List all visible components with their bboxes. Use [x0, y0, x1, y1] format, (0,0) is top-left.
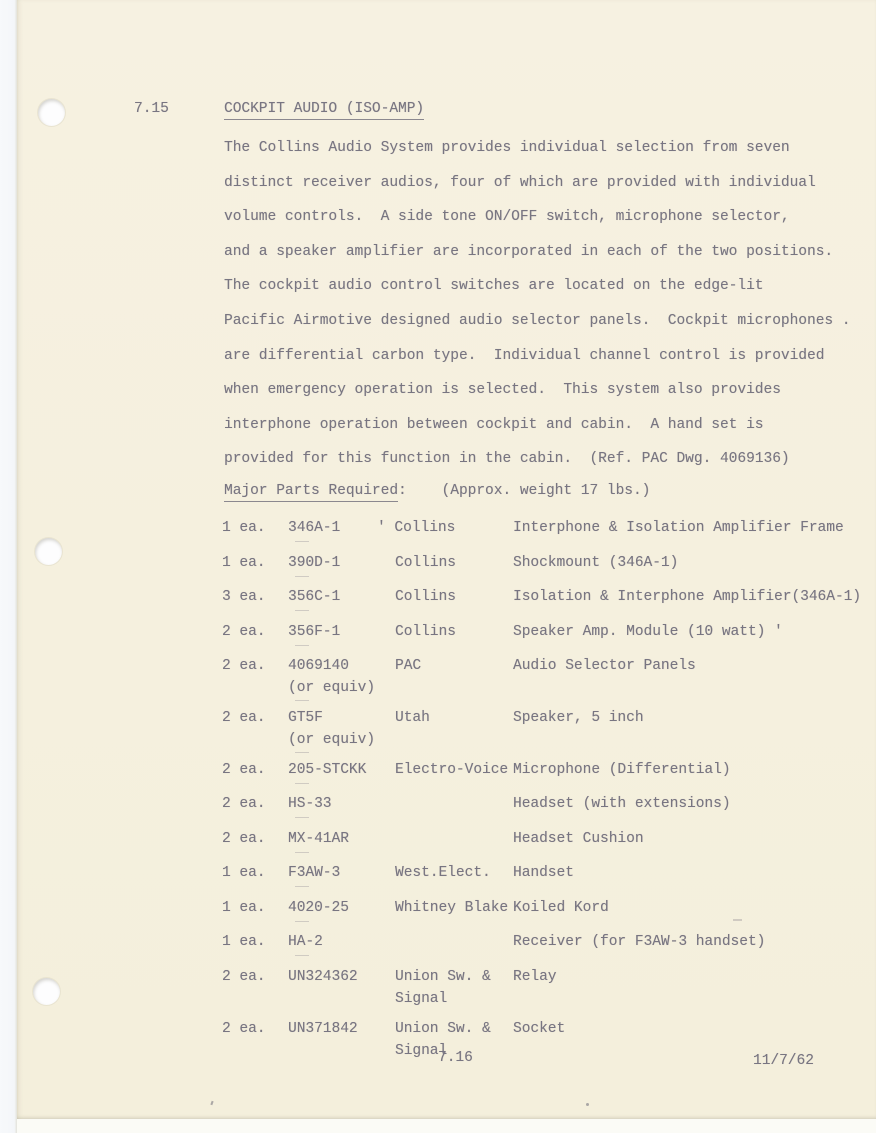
table-cell-part: 390D-1 — [288, 553, 340, 577]
table-cell-qty: 2 ea. — [222, 760, 266, 782]
table-cell-mfr: Collins — [395, 622, 456, 644]
table-cell-part: 4069140(or equiv) — [288, 656, 375, 701]
table-cell-qty: 2 ea. — [222, 708, 266, 730]
scanned-document-page: 7.15 COCKPIT AUDIO (ISO-AMP) The Collins… — [0, 0, 876, 1133]
table-row: 2 ea. MX-41AR Headset Cushion — [0, 829, 876, 851]
table-cell-desc: Relay — [513, 967, 557, 989]
table-cell-mfr: PAC — [395, 656, 421, 678]
table-cell-desc: Headset Cushion — [513, 829, 644, 851]
table-cell-mfr: Whitney Blake — [395, 898, 508, 920]
table-row: 2 ea. 205-STCKK Electro-Voice Microphone… — [0, 760, 876, 782]
table-row: 1 ea. HA-2 Receiver (for F3AW-3 handset) — [0, 932, 876, 954]
table-cell-mfr: Electro-Voice — [395, 760, 508, 782]
section-title-text: COCKPIT AUDIO (ISO-AMP) — [224, 101, 424, 120]
table-cell-desc: Interphone & Isolation Amplifier Frame — [513, 518, 844, 540]
paragraph-line: Pacific Airmotive designed audio selecto… — [224, 312, 851, 330]
punch-hole-top — [38, 99, 65, 126]
section-title: COCKPIT AUDIO (ISO-AMP) — [224, 100, 424, 118]
table-cell-part: F3AW-3 — [288, 863, 340, 887]
paragraph-line: The Collins Audio System provides indivi… — [224, 139, 790, 157]
paragraph-line: volume controls. A side tone ON/OFF swit… — [224, 208, 790, 226]
table-cell-qty: 2 ea. — [222, 1019, 266, 1041]
table-cell-desc: Audio Selector Panels — [513, 656, 696, 678]
table-cell-part: UN324362 — [288, 967, 358, 989]
table-cell-desc: Socket — [513, 1019, 565, 1041]
table-row: 2 ea. UN324362 Union Sw. &Signal Relay — [0, 967, 876, 989]
table-cell-qty: 1 ea. — [222, 553, 266, 575]
table-cell-part: 205-STCKK — [288, 760, 366, 784]
scanner-bottom-edge — [17, 1119, 876, 1133]
table-cell-mfr: West.Elect. — [395, 863, 491, 885]
table-cell-qty: 2 ea. — [222, 656, 266, 678]
ink-speck — [586, 1103, 589, 1106]
table-cell-part: HA-2 — [288, 932, 323, 956]
date-stamp: 11/7/62 — [753, 1052, 814, 1070]
table-cell-part: 356C-1 — [288, 587, 340, 611]
table-row: 2 ea. 4069140(or equiv) PAC Audio Select… — [0, 656, 876, 678]
paragraph-line: are differential carbon type. Individual… — [224, 347, 824, 365]
table-cell-desc: Isolation & Interphone Amplifier(346A-1) — [513, 587, 861, 609]
table-cell-part: MX-41AR — [288, 829, 349, 853]
parts-heading-underlined: Major Parts Required — [224, 483, 398, 502]
table-cell-part: 4020-25 — [288, 898, 349, 922]
table-row: 1 ea. 4020-25 Whitney Blake Koiled Kord — [0, 898, 876, 920]
table-cell-mfr: Utah — [395, 708, 430, 730]
paragraph-line: provided for this function in the cabin.… — [224, 450, 790, 468]
paragraph-line: when emergency operation is selected. Th… — [224, 381, 781, 399]
parts-heading-rest: : (Approx. weight 17 lbs.) — [398, 483, 650, 499]
table-cell-qty: 1 ea. — [222, 863, 266, 885]
table-cell-qty: 1 ea. — [222, 898, 266, 920]
table-row: 3 ea. 356C-1 Collins Isolation & Interph… — [0, 587, 876, 609]
paragraph-line: interphone operation between cockpit and… — [224, 416, 764, 434]
table-cell-mfr: ' Collins — [377, 518, 455, 540]
table-cell-qty: 2 ea. — [222, 622, 266, 644]
table-cell-qty: 2 ea. — [222, 829, 266, 851]
table-cell-qty: 2 ea. — [222, 967, 266, 989]
table-cell-qty: 2 ea. — [222, 794, 266, 816]
table-row: 1 ea. F3AW-3 West.Elect. Handset — [0, 863, 876, 885]
table-cell-mfr: Collins — [395, 553, 456, 575]
table-row: 2 ea. 356F-1 Collins Speaker Amp. Module… — [0, 622, 876, 644]
table-cell-qty: 3 ea. — [222, 587, 266, 609]
paragraph-line: distinct receiver audios, four of which … — [224, 174, 816, 192]
table-cell-part: GT5F(or equiv) — [288, 708, 375, 753]
table-cell-desc: Speaker Amp. Module (10 watt) ' — [513, 622, 783, 644]
table-cell-desc: Koiled Kord — [513, 898, 609, 920]
table-cell-desc: Shockmount (346A-1) — [513, 553, 678, 575]
table-row: 2 ea. UN371842 Union Sw. &Signal Socket — [0, 1019, 876, 1041]
table-row: 1 ea. 346A-1 ' Collins Interphone & Isol… — [0, 518, 876, 540]
table-row: 2 ea. GT5F(or equiv) Utah Speaker, 5 inc… — [0, 708, 876, 730]
table-row: 2 ea. HS-33 Headset (with extensions) — [0, 794, 876, 816]
table-cell-part: UN371842 — [288, 1019, 358, 1041]
parts-heading: Major Parts Required: (Approx. weight 17… — [224, 482, 650, 500]
table-cell-desc: Receiver (for F3AW-3 handset) — [513, 932, 765, 954]
table-cell-desc: Microphone (Differential) — [513, 760, 731, 782]
table-cell-part: HS-33 — [288, 794, 332, 818]
paragraph-line: The cockpit audio control switches are l… — [224, 277, 764, 295]
table-cell-part: 356F-1 — [288, 622, 340, 646]
table-cell-desc: Speaker, 5 inch — [513, 708, 644, 730]
table-cell-desc: Handset — [513, 863, 574, 885]
table-cell-part: 346A-1 — [288, 518, 340, 542]
paragraph-line: and a speaker amplifier are incorporated… — [224, 243, 833, 261]
ink-speck — [733, 919, 742, 921]
page-number: 7.16 — [438, 1049, 473, 1067]
table-cell-mfr: Collins — [395, 587, 456, 609]
table-cell-qty: 1 ea. — [222, 932, 266, 954]
table-cell-desc: Headset (with extensions) — [513, 794, 731, 816]
section-number: 7.15 — [134, 100, 169, 118]
table-cell-qty: 1 ea. — [222, 518, 266, 540]
table-cell-mfr: Union Sw. &Signal — [395, 967, 491, 1010]
table-row: 1 ea. 390D-1 Collins Shockmount (346A-1) — [0, 553, 876, 575]
